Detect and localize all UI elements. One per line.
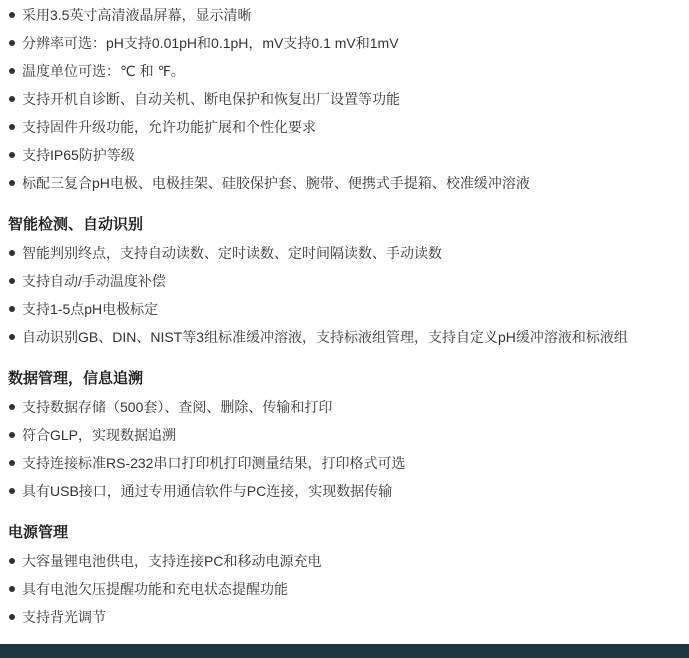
list-item: 支持固件升级功能，允许功能扩展和个性化要求 (8, 113, 685, 141)
bullet-icon (9, 558, 15, 564)
bullet-text: 支持开机自诊断、自动关机、断电保护和恢复出厂设置等功能 (22, 91, 400, 107)
bullet-icon (9, 12, 15, 18)
bullet-text: 支持连接标准RS-232串口打印机打印测量结果，打印格式可选 (22, 455, 405, 471)
bullet-text: 支持背光调节 (22, 609, 106, 625)
bullet-icon (9, 40, 15, 46)
list-item: 智能判别终点，支持自动读数、定时读数、定时间隔读数、手动读数 (8, 239, 685, 267)
bullet-icon (9, 614, 15, 620)
bullet-text: 标配三复合pH电极、电极挂架、硅胶保护套、腕带、便携式手提箱、校准缓冲溶液 (22, 175, 530, 191)
section-general: 采用3.5英寸高清液晶屏幕，显示清晰 分辨率可选：pH支持0.01pH和0.1p… (8, 1, 685, 197)
bullet-text: 温度单位可选：℃ 和 ℉。 (22, 63, 185, 79)
bullet-text: 支持1-5点pH电极标定 (22, 301, 158, 317)
bullet-text: 大容量锂电池供电，支持连接PC和移动电源充电 (22, 553, 321, 569)
list-item: 支持IP65防护等级 (8, 141, 685, 169)
bullet-icon (9, 250, 15, 256)
bullet-icon (9, 334, 15, 340)
feature-list: 支持数据存储（500套）、查阅、删除、传输和打印 符合GLP，实现数据追溯 支持… (8, 393, 685, 505)
section-heading: 数据管理，信息追溯 (8, 365, 685, 393)
bullet-text: 支持固件升级功能，允许功能扩展和个性化要求 (22, 119, 316, 135)
bullet-icon (9, 96, 15, 102)
section-data-management: 数据管理，信息追溯 支持数据存储（500套）、查阅、删除、传输和打印 符合GLP… (8, 365, 685, 505)
bullet-icon (9, 152, 15, 158)
spec-content: 采用3.5英寸高清液晶屏幕，显示清晰 分辨率可选：pH支持0.01pH和0.1p… (8, 1, 685, 631)
bullet-text: 具有电池欠压提醒功能和充电状态提醒功能 (22, 581, 288, 597)
list-item: 支持背光调节 (8, 603, 685, 631)
list-item: 符合GLP，实现数据追溯 (8, 421, 685, 449)
list-item: 自动识别GB、DIN、NIST等3组标准缓冲溶液，支持标液组管理，支持自定义pH… (8, 323, 685, 351)
bullet-icon (9, 124, 15, 130)
bullet-text: 采用3.5英寸高清液晶屏幕，显示清晰 (22, 7, 251, 23)
bullet-icon (9, 68, 15, 74)
bullet-text: 分辨率可选：pH支持0.01pH和0.1pH，mV支持0.1 mV和1mV (22, 35, 399, 51)
bullet-text: 符合GLP，实现数据追溯 (22, 427, 176, 443)
list-item: 支持数据存储（500套）、查阅、删除、传输和打印 (8, 393, 685, 421)
bullet-text: 自动识别GB、DIN、NIST等3组标准缓冲溶液，支持标液组管理，支持自定义pH… (22, 329, 628, 345)
section-heading: 电源管理 (8, 519, 685, 547)
bullet-icon (9, 432, 15, 438)
list-item: 支持连接标准RS-232串口打印机打印测量结果，打印格式可选 (8, 449, 685, 477)
list-item: 具有电池欠压提醒功能和充电状态提醒功能 (8, 575, 685, 603)
section-smart-detection: 智能检测、自动识别 智能判别终点，支持自动读数、定时读数、定时间隔读数、手动读数… (8, 211, 685, 351)
list-item: 采用3.5英寸高清液晶屏幕，显示清晰 (8, 1, 685, 29)
bullet-text: 支持IP65防护等级 (22, 147, 135, 163)
bullet-icon (9, 404, 15, 410)
list-item: 分辨率可选：pH支持0.01pH和0.1pH，mV支持0.1 mV和1mV (8, 29, 685, 57)
list-item: 支持开机自诊断、自动关机、断电保护和恢复出厂设置等功能 (8, 85, 685, 113)
section-heading: 智能检测、自动识别 (8, 211, 685, 239)
bullet-text: 智能判别终点，支持自动读数、定时读数、定时间隔读数、手动读数 (22, 245, 442, 261)
list-item: 具有USB接口，通过专用通信软件与PC连接，实现数据传输 (8, 477, 685, 505)
bullet-icon (9, 488, 15, 494)
footer-bar (0, 644, 689, 658)
bullet-icon (9, 306, 15, 312)
bullet-icon (9, 586, 15, 592)
feature-list: 大容量锂电池供电，支持连接PC和移动电源充电 具有电池欠压提醒功能和充电状态提醒… (8, 547, 685, 631)
list-item: 大容量锂电池供电，支持连接PC和移动电源充电 (8, 547, 685, 575)
bullet-icon (9, 460, 15, 466)
bullet-icon (9, 278, 15, 284)
bullet-text: 支持自动/手动温度补偿 (22, 273, 166, 289)
bullet-text: 支持数据存储（500套）、查阅、删除、传输和打印 (22, 399, 332, 415)
list-item: 温度单位可选：℃ 和 ℉。 (8, 57, 685, 85)
list-item: 标配三复合pH电极、电极挂架、硅胶保护套、腕带、便携式手提箱、校准缓冲溶液 (8, 169, 685, 197)
feature-list: 智能判别终点，支持自动读数、定时读数、定时间隔读数、手动读数 支持自动/手动温度… (8, 239, 685, 351)
bullet-text: 具有USB接口，通过专用通信软件与PC连接，实现数据传输 (22, 483, 392, 499)
section-power-management: 电源管理 大容量锂电池供电，支持连接PC和移动电源充电 具有电池欠压提醒功能和充… (8, 519, 685, 631)
bullet-icon (9, 180, 15, 186)
list-item: 支持自动/手动温度补偿 (8, 267, 685, 295)
list-item: 支持1-5点pH电极标定 (8, 295, 685, 323)
feature-list: 采用3.5英寸高清液晶屏幕，显示清晰 分辨率可选：pH支持0.01pH和0.1p… (8, 1, 685, 197)
